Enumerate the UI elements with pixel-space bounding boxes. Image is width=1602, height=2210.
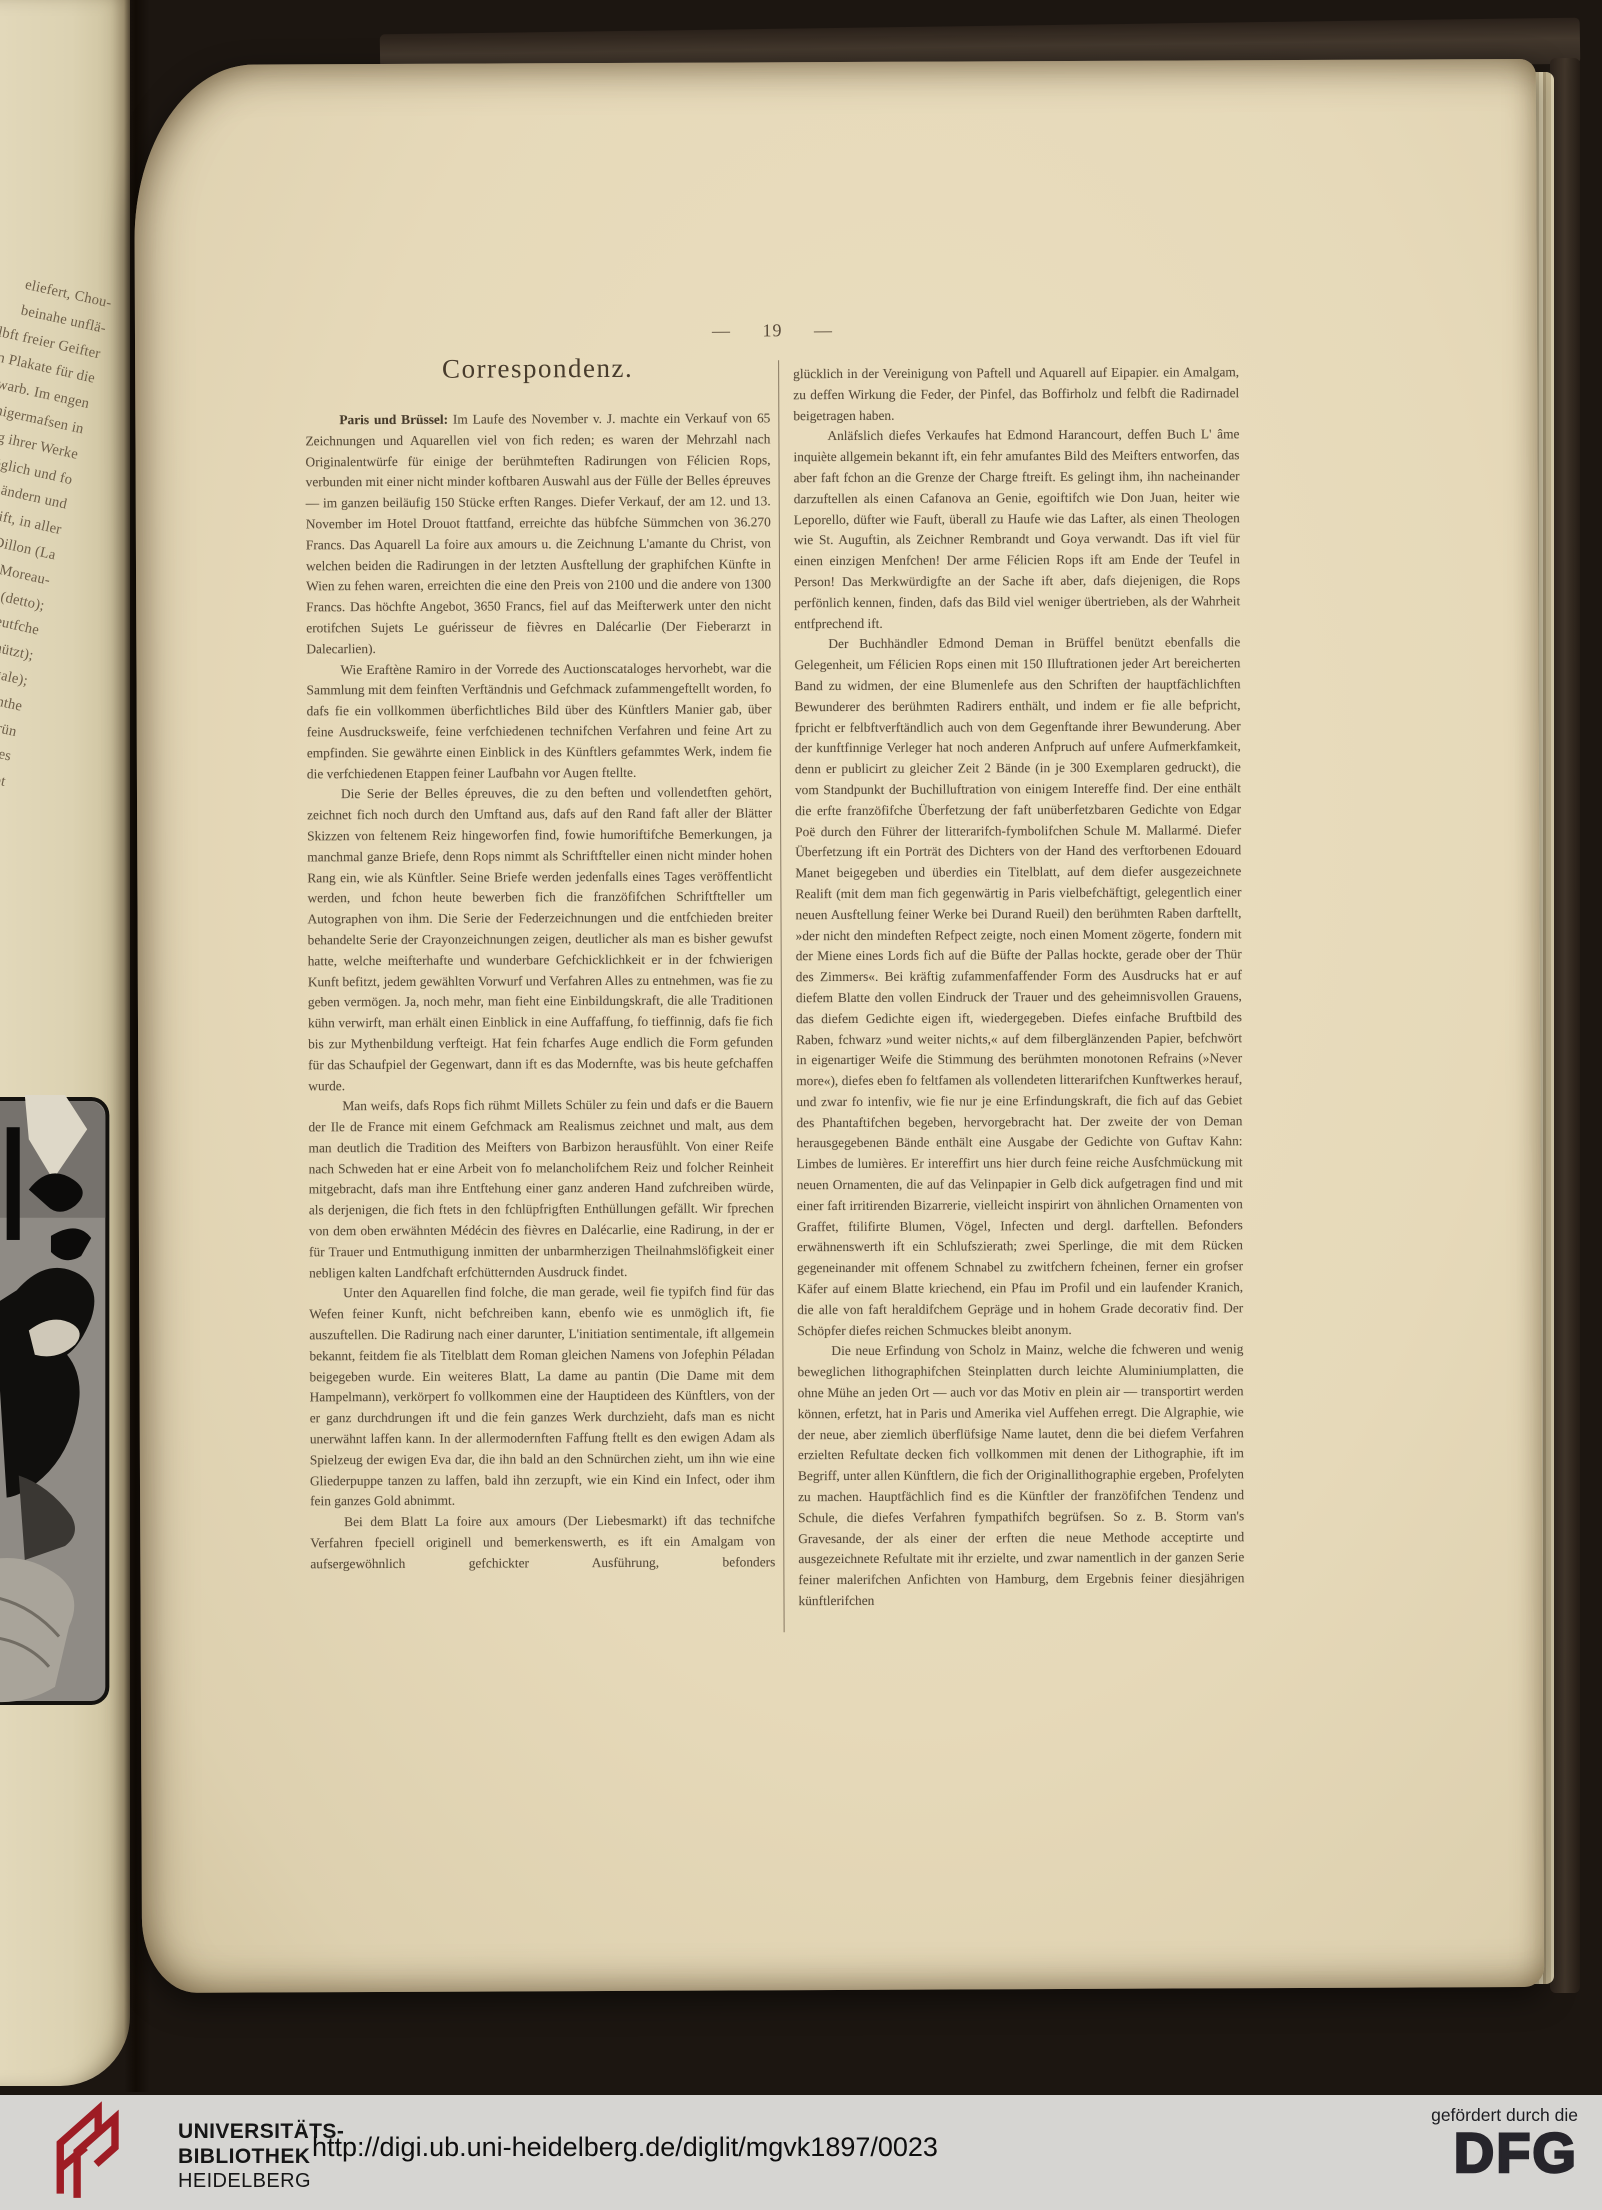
dfg-credit: gefördert durch die DFG (1431, 2105, 1578, 2179)
column-divider (778, 360, 785, 1632)
paragraph: Bei dem Blatt La foire aux amours (Der L… (310, 1511, 775, 1575)
paragraph: Anläfslich diefes Verkaufes hat Edmond H… (793, 425, 1240, 635)
paragraph: glücklich in der Vereinigung von Paftell… (793, 362, 1239, 426)
paragraph: Unter den Aquarellen find folche, die ma… (309, 1282, 775, 1513)
scanned-page: — 19 — Correspondenz. Paris und Brüssel:… (134, 59, 1544, 1993)
page-number-dash-right: — (814, 320, 833, 340)
paragraph: Man weifs, dafs Rops fich rühmt Millets … (308, 1095, 774, 1284)
book-scan: eliefert, Chou- beinahe unflä- lbft frei… (0, 0, 1602, 2210)
dateline: Paris und Brüssel: (339, 412, 448, 427)
previous-page-text: eliefert, Chou- beinahe unflä- lbft frei… (0, 225, 114, 897)
viewer-footer: UNIVERSITÄTS- BIBLIOTHEK HEIDELBERG http… (0, 2095, 1602, 2210)
right-column: glücklich in der Vereinigung von Paftell… (793, 362, 1244, 1612)
paragraph: Paris und Brüssel: Im Laufe des November… (305, 408, 771, 660)
paragraph: Die neue Erfindung von Scholz in Mainz, … (797, 1340, 1244, 1612)
page-number-dash-left: — (712, 320, 731, 340)
library-name-line3: HEIDELBERG (178, 2169, 344, 2194)
book-cover-edge-right (1550, 58, 1580, 1993)
ub-heidelberg-logo[interactable] (36, 2101, 154, 2201)
page-number-value: 19 (762, 320, 782, 340)
paragraph: Wie Eraftène Ramiro in der Vorrede des A… (306, 658, 772, 785)
dfg-logo[interactable]: DFG (1431, 2127, 1578, 2179)
document-url[interactable]: http://digi.ub.uni-heidelberg.de/diglit/… (312, 2132, 938, 2163)
page-number: — 19 — (305, 318, 1240, 343)
paragraph: Die Serie der Belles épreuves, die zu de… (307, 783, 773, 1097)
paragraph: Der Buchhändler Edmond Deman in Brüffel … (794, 633, 1243, 1342)
paragraph-text: Im Laufe des November v. J. machte ein V… (305, 410, 771, 656)
previous-page-edge: eliefert, Chou- beinahe unflä- lbft frei… (0, 0, 130, 2086)
left-column: Paris und Brüssel: Im Laufe des November… (305, 408, 775, 1575)
poster-illustration (0, 1093, 115, 1709)
article-title: Correspondenz. (305, 352, 770, 385)
